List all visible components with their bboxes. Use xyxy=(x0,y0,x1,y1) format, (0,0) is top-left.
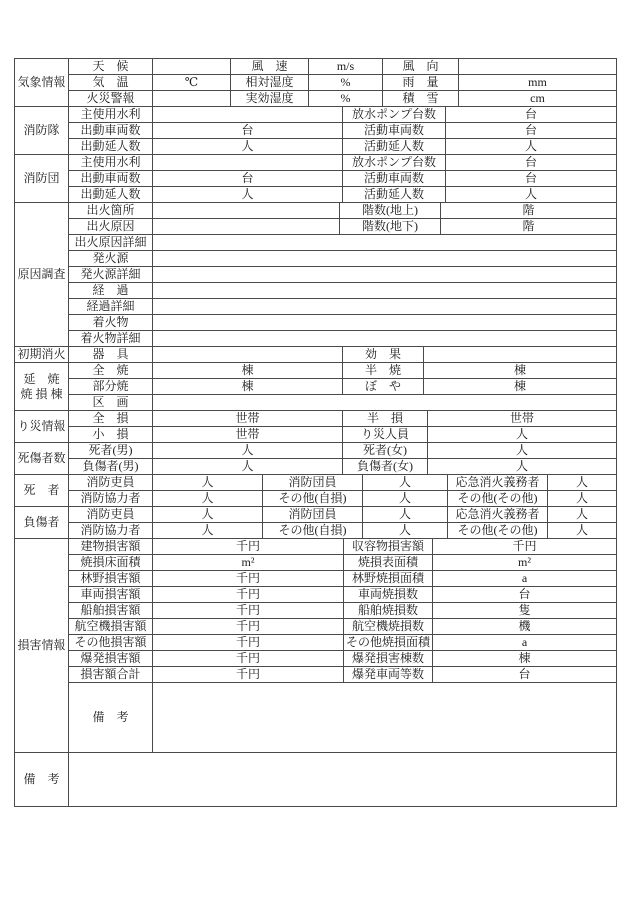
form-row: その他損害額千円その他焼損面積a xyxy=(15,635,617,651)
field-cell[interactable]: 棟 xyxy=(424,363,617,379)
row-label: 焼損床面積 xyxy=(69,555,153,571)
row-label: 負傷者(女) xyxy=(343,459,428,475)
group-label-brigade: 消防隊 xyxy=(15,107,69,155)
row-label: 応急消火義務者 xyxy=(448,475,548,491)
form-row: 消防協力者人その他(自損)人その他(その他)人 xyxy=(15,491,617,507)
row-label: その他(その他) xyxy=(448,523,548,539)
row-label: 消防協力者 xyxy=(69,523,153,539)
row-label: 半 損 xyxy=(343,411,428,427)
field-cell[interactable]: 棟 xyxy=(433,651,617,667)
row-label: 航空機焼損数 xyxy=(344,619,433,635)
form-row: 経 過 xyxy=(15,283,617,299)
field-cell[interactable]: m² xyxy=(433,555,617,571)
section-injured: 負傷者消防吏員人消防団員人応急消火義務者人消防協力者人その他(自損)人その他(そ… xyxy=(14,506,617,539)
form-row: 車両損害額千円車両焼損数台 xyxy=(15,587,617,603)
row-label: 着火物詳細 xyxy=(69,331,153,347)
form-row: 小 損世帯り災人員人 xyxy=(15,427,617,443)
row-label: 雨 量 xyxy=(383,75,459,91)
group-label-weather: 気象情報 xyxy=(15,59,69,107)
field-cell[interactable]: 人 xyxy=(153,459,343,475)
field-cell[interactable]: 人 xyxy=(363,523,448,539)
section-brigade: 消防隊主使用水利放水ポンプ台数台出動車両数台活動車両数台出動延人数人活動延人数人 xyxy=(14,106,617,155)
row-label: 消防協力者 xyxy=(69,491,153,507)
form-row: 経過詳細 xyxy=(15,299,617,315)
row-label: 積 雪 xyxy=(383,91,459,107)
row-label: 火災警報 xyxy=(69,91,153,107)
form-row: 着火物 xyxy=(15,315,617,331)
form-row: 消防協力者人その他(自損)人その他(その他)人 xyxy=(15,523,617,539)
field-cell[interactable]: a xyxy=(433,635,617,651)
row-label: 実効湿度 xyxy=(231,91,309,107)
row-label: 出火原因 xyxy=(69,219,153,235)
row-label: 器 具 xyxy=(69,347,153,363)
field-cell[interactable]: 人 xyxy=(153,443,343,459)
form-row: 負傷者(男)人負傷者(女)人 xyxy=(15,459,617,475)
row-label: 主使用水利 xyxy=(69,107,153,123)
form-row: 原因調査出火箇所階数(地上)階 xyxy=(15,203,617,219)
field-cell[interactable]: 人 xyxy=(428,459,617,475)
row-label: 主使用水利 xyxy=(69,155,153,171)
field-cell[interactable] xyxy=(153,59,231,75)
form-row: 船舶損害額千円船舶焼損数隻 xyxy=(15,603,617,619)
row-label: 着火物 xyxy=(69,315,153,331)
field-cell[interactable]: 台 xyxy=(153,171,343,187)
field-cell[interactable]: 千円 xyxy=(153,651,344,667)
field-cell[interactable]: 人 xyxy=(548,475,617,491)
field-cell[interactable] xyxy=(153,91,231,107)
field-cell[interactable]: mm xyxy=(459,75,617,91)
row-label: 爆発損害棟数 xyxy=(344,651,433,667)
form-row: 損害額合計千円爆発車両等数台 xyxy=(15,667,617,683)
section-initial: 初期消火器 具効 果 xyxy=(14,346,617,363)
field-cell[interactable]: 棟 xyxy=(153,379,343,395)
field-cell[interactable]: 人 xyxy=(428,443,617,459)
field-cell[interactable]: 台 xyxy=(153,123,343,139)
row-label: 放水ポンプ台数 xyxy=(343,107,446,123)
field-cell[interactable] xyxy=(153,267,617,283)
group-label-casualty-count: 死傷者数 xyxy=(15,443,69,475)
row-label: 出動延人数 xyxy=(69,139,153,155)
field-cell[interactable]: 人 xyxy=(153,491,263,507)
field-cell[interactable] xyxy=(153,315,617,331)
field-cell[interactable]: ℃ xyxy=(153,75,231,91)
section-cause: 原因調査出火箇所階数(地上)階出火原因階数(地下)階出火原因詳細発火源発火源詳細… xyxy=(14,202,617,347)
row-label: 効 果 xyxy=(343,347,424,363)
row-label: その他(自損) xyxy=(263,523,363,539)
form-row: 延 焼 焼 損 棟全 焼棟半 焼棟 xyxy=(15,363,617,379)
section-weather: 気象情報天 候風 速m/s風 向気 温℃相対湿度%雨 量mm火災警報実効湿度%積… xyxy=(14,58,617,107)
field-cell[interactable]: 人 xyxy=(363,475,448,491)
field-cell[interactable]: 千円 xyxy=(153,603,344,619)
field-cell[interactable]: 千円 xyxy=(153,619,344,635)
field-cell[interactable] xyxy=(153,283,617,299)
field-cell[interactable]: 人 xyxy=(153,523,263,539)
field-cell[interactable]: 千円 xyxy=(153,587,344,603)
form-row: 気 温℃相対湿度%雨 量mm xyxy=(15,75,617,91)
row-label: 消防吏員 xyxy=(69,507,153,523)
form-row: 備 考 xyxy=(15,753,617,807)
form-row: 爆発損害額千円爆発損害棟数棟 xyxy=(15,651,617,667)
field-cell[interactable]: 人 xyxy=(153,475,263,491)
form-row: 林野損害額千円林野焼損面積a xyxy=(15,571,617,587)
field-cell[interactable]: 千円 xyxy=(153,635,344,651)
form-row: 火災警報実効湿度%積 雪cm xyxy=(15,91,617,107)
field-cell[interactable]: 人 xyxy=(428,427,617,443)
row-label: 放水ポンプ台数 xyxy=(343,155,446,171)
field-cell[interactable]: cm xyxy=(459,91,617,107)
field-cell[interactable]: 人 xyxy=(153,187,343,203)
field-cell[interactable] xyxy=(153,251,617,267)
field-cell[interactable]: 台 xyxy=(446,123,617,139)
group-label-injured: 負傷者 xyxy=(15,507,69,539)
row-label: その他(自損) xyxy=(263,491,363,507)
row-label: 階数(地上) xyxy=(340,203,441,219)
row-label: 死者(女) xyxy=(343,443,428,459)
row-label: 風 向 xyxy=(383,59,459,75)
row-label: 出動車両数 xyxy=(69,171,153,187)
form-row: 航空機損害額千円航空機焼損数機 xyxy=(15,619,617,635)
field-cell[interactable]: 台 xyxy=(433,587,617,603)
field-cell[interactable] xyxy=(424,347,617,363)
row-label: 天 候 xyxy=(69,59,153,75)
group-label-risai: り災情報 xyxy=(15,411,69,443)
row-label: その他損害額 xyxy=(69,635,153,651)
group-label-cause: 原因調査 xyxy=(15,203,69,347)
row-label: 相対湿度 xyxy=(231,75,309,91)
field-cell[interactable]: 人 xyxy=(548,523,617,539)
row-label: 風 速 xyxy=(231,59,309,75)
field-cell[interactable]: % xyxy=(309,91,383,107)
row-label: 爆発損害額 xyxy=(69,651,153,667)
row-label: 半 焼 xyxy=(343,363,424,379)
row-label: 爆発車両等数 xyxy=(344,667,433,683)
row-label: 負傷者(男) xyxy=(69,459,153,475)
row-label: 死者(男) xyxy=(69,443,153,459)
field-cell[interactable]: 人 xyxy=(446,187,617,203)
field-cell[interactable]: 台 xyxy=(433,667,617,683)
field-cell[interactable]: % xyxy=(309,75,383,91)
row-label: 備 考 xyxy=(69,683,153,753)
form-row: 出火原因詳細 xyxy=(15,235,617,251)
row-label: 車両焼損数 xyxy=(344,587,433,603)
row-label: 階数(地下) xyxy=(340,219,441,235)
group-label-spread: 延 焼 焼 損 棟 xyxy=(15,363,69,411)
field-cell[interactable] xyxy=(153,219,340,235)
form-row: 消防団主使用水利放水ポンプ台数台 xyxy=(15,155,617,171)
section-risai: り災情報全 損世帯半 損世帯小 損世帯り災人員人 xyxy=(14,410,617,443)
field-cell[interactable]: 人 xyxy=(363,507,448,523)
group-label-deaths: 死 者 xyxy=(15,475,69,507)
form-row: 出動延人数人活動延人数人 xyxy=(15,187,617,203)
form-row: 部分焼棟ぼ や棟 xyxy=(15,379,617,395)
field-cell[interactable]: 千円 xyxy=(153,667,344,683)
row-label: 出動延人数 xyxy=(69,187,153,203)
row-label: 船舶焼損数 xyxy=(344,603,433,619)
field-cell[interactable]: 千円 xyxy=(433,539,617,555)
row-label: 全 焼 xyxy=(69,363,153,379)
field-cell[interactable]: 千円 xyxy=(153,571,344,587)
row-label: り災人員 xyxy=(343,427,428,443)
row-label: 消防団員 xyxy=(263,507,363,523)
section-corps: 消防団主使用水利放水ポンプ台数台出動車両数台活動車両数台出動延人数人活動延人数人 xyxy=(14,154,617,203)
form-row: 出動車両数台活動車両数台 xyxy=(15,171,617,187)
row-label: 焼損表面積 xyxy=(344,555,433,571)
field-cell[interactable]: m/s xyxy=(309,59,383,75)
row-label: 経過詳細 xyxy=(69,299,153,315)
row-label: 建物損害額 xyxy=(69,539,153,555)
row-label: 活動延人数 xyxy=(343,187,446,203)
form-row: 着火物詳細 xyxy=(15,331,617,347)
field-cell[interactable]: a xyxy=(433,571,617,587)
row-label: 出火箇所 xyxy=(69,203,153,219)
group-label-initial: 初期消火 xyxy=(15,347,69,363)
form-row: 発火源詳細 xyxy=(15,267,617,283)
field-cell[interactable] xyxy=(153,331,617,347)
form-row: 出火原因階数(地下)階 xyxy=(15,219,617,235)
field-cell[interactable]: m² xyxy=(153,555,344,571)
field-cell[interactable]: 階 xyxy=(441,203,617,219)
field-cell[interactable]: 人 xyxy=(363,491,448,507)
field-cell[interactable]: 隻 xyxy=(433,603,617,619)
group-label-remarks: 備 考 xyxy=(15,753,69,807)
section-deaths: 死 者消防吏員人消防団員人応急消火義務者人消防協力者人その他(自損)人その他(そ… xyxy=(14,474,617,507)
field-cell[interactable]: 台 xyxy=(446,155,617,171)
row-label: 小 損 xyxy=(69,427,153,443)
form-row: り災情報全 損世帯半 損世帯 xyxy=(15,411,617,427)
field-cell[interactable]: 棟 xyxy=(153,363,343,379)
field-cell[interactable]: 台 xyxy=(446,107,617,123)
field-cell[interactable]: 機 xyxy=(433,619,617,635)
row-label: 収容物損害額 xyxy=(344,539,433,555)
field-cell[interactable]: 階 xyxy=(441,219,617,235)
row-label: 出動車両数 xyxy=(69,123,153,139)
row-label: 活動延人数 xyxy=(343,139,446,155)
field-cell[interactable] xyxy=(153,395,617,411)
row-label: 航空機損害額 xyxy=(69,619,153,635)
row-label: その他焼損面積 xyxy=(344,635,433,651)
field-cell[interactable] xyxy=(459,59,617,75)
field-cell[interactable]: 世帯 xyxy=(153,427,343,443)
form-row: 発火源 xyxy=(15,251,617,267)
row-label: 林野焼損面積 xyxy=(344,571,433,587)
row-label: その他(その他) xyxy=(448,491,548,507)
form-row: 死傷者数死者(男)人死者(女)人 xyxy=(15,443,617,459)
row-label: 発火源詳細 xyxy=(69,267,153,283)
row-label: 損害額合計 xyxy=(69,667,153,683)
row-label: 消防団員 xyxy=(263,475,363,491)
field-cell[interactable] xyxy=(153,235,617,251)
field-cell[interactable] xyxy=(153,299,617,315)
field-cell[interactable]: 人 xyxy=(446,139,617,155)
field-cell[interactable] xyxy=(153,683,617,753)
section-remarks: 備 考 xyxy=(14,752,617,807)
row-label: 活動車両数 xyxy=(343,171,446,187)
field-cell[interactable] xyxy=(153,107,343,123)
group-label-damage: 損害情報 xyxy=(15,539,69,753)
group-label-corps: 消防団 xyxy=(15,155,69,203)
form-row: 負傷者消防吏員人消防団員人応急消火義務者人 xyxy=(15,507,617,523)
field-cell[interactable] xyxy=(153,347,343,363)
field-cell[interactable] xyxy=(153,203,340,219)
field-cell[interactable]: 人 xyxy=(153,139,343,155)
row-label: 消防吏員 xyxy=(69,475,153,491)
field-cell[interactable] xyxy=(69,753,617,807)
row-label: ぼ や xyxy=(343,379,424,395)
row-label: 発火源 xyxy=(69,251,153,267)
field-cell[interactable] xyxy=(153,155,343,171)
row-label: 経 過 xyxy=(69,283,153,299)
form-row: 損害情報建物損害額千円収容物損害額千円 xyxy=(15,539,617,555)
section-damage: 損害情報建物損害額千円収容物損害額千円焼損床面積m²焼損表面積m²林野損害額千円… xyxy=(14,538,617,753)
field-cell[interactable]: 人 xyxy=(153,507,263,523)
form-row: 出動車両数台活動車両数台 xyxy=(15,123,617,139)
row-label: 区 画 xyxy=(69,395,153,411)
form-row: 区 画 xyxy=(15,395,617,411)
field-cell[interactable]: 台 xyxy=(446,171,617,187)
section-spread: 延 焼 焼 損 棟全 焼棟半 焼棟部分焼棟ぼ や棟区 画 xyxy=(14,362,617,411)
row-label: 応急消火義務者 xyxy=(448,507,548,523)
form-row: 焼損床面積m²焼損表面積m² xyxy=(15,555,617,571)
row-label: 林野損害額 xyxy=(69,571,153,587)
field-cell[interactable]: 世帯 xyxy=(428,411,617,427)
form-row: 備 考 xyxy=(15,683,617,753)
field-cell[interactable]: 世帯 xyxy=(153,411,343,427)
section-casualty-count: 死傷者数死者(男)人死者(女)人負傷者(男)人負傷者(女)人 xyxy=(14,442,617,475)
field-cell[interactable]: 棟 xyxy=(424,379,617,395)
row-label: 活動車両数 xyxy=(343,123,446,139)
row-label: 船舶損害額 xyxy=(69,603,153,619)
field-cell[interactable]: 人 xyxy=(548,507,617,523)
row-label: 全 損 xyxy=(69,411,153,427)
field-cell[interactable]: 千円 xyxy=(153,539,344,555)
form-row: 消防隊主使用水利放水ポンプ台数台 xyxy=(15,107,617,123)
form-row: 死 者消防吏員人消防団員人応急消火義務者人 xyxy=(15,475,617,491)
form-row: 出動延人数人活動延人数人 xyxy=(15,139,617,155)
fire-report-form: 気象情報天 候風 速m/s風 向気 温℃相対湿度%雨 量mm火災警報実効湿度%積… xyxy=(14,58,617,807)
form-row: 気象情報天 候風 速m/s風 向 xyxy=(15,59,617,75)
row-label: 気 温 xyxy=(69,75,153,91)
row-label: 出火原因詳細 xyxy=(69,235,153,251)
page: { "colors": { "border": "#4a4a4a", "text… xyxy=(0,0,630,903)
form-row: 初期消火器 具効 果 xyxy=(15,347,617,363)
row-label: 車両損害額 xyxy=(69,587,153,603)
row-label: 部分焼 xyxy=(69,379,153,395)
field-cell[interactable]: 人 xyxy=(548,491,617,507)
